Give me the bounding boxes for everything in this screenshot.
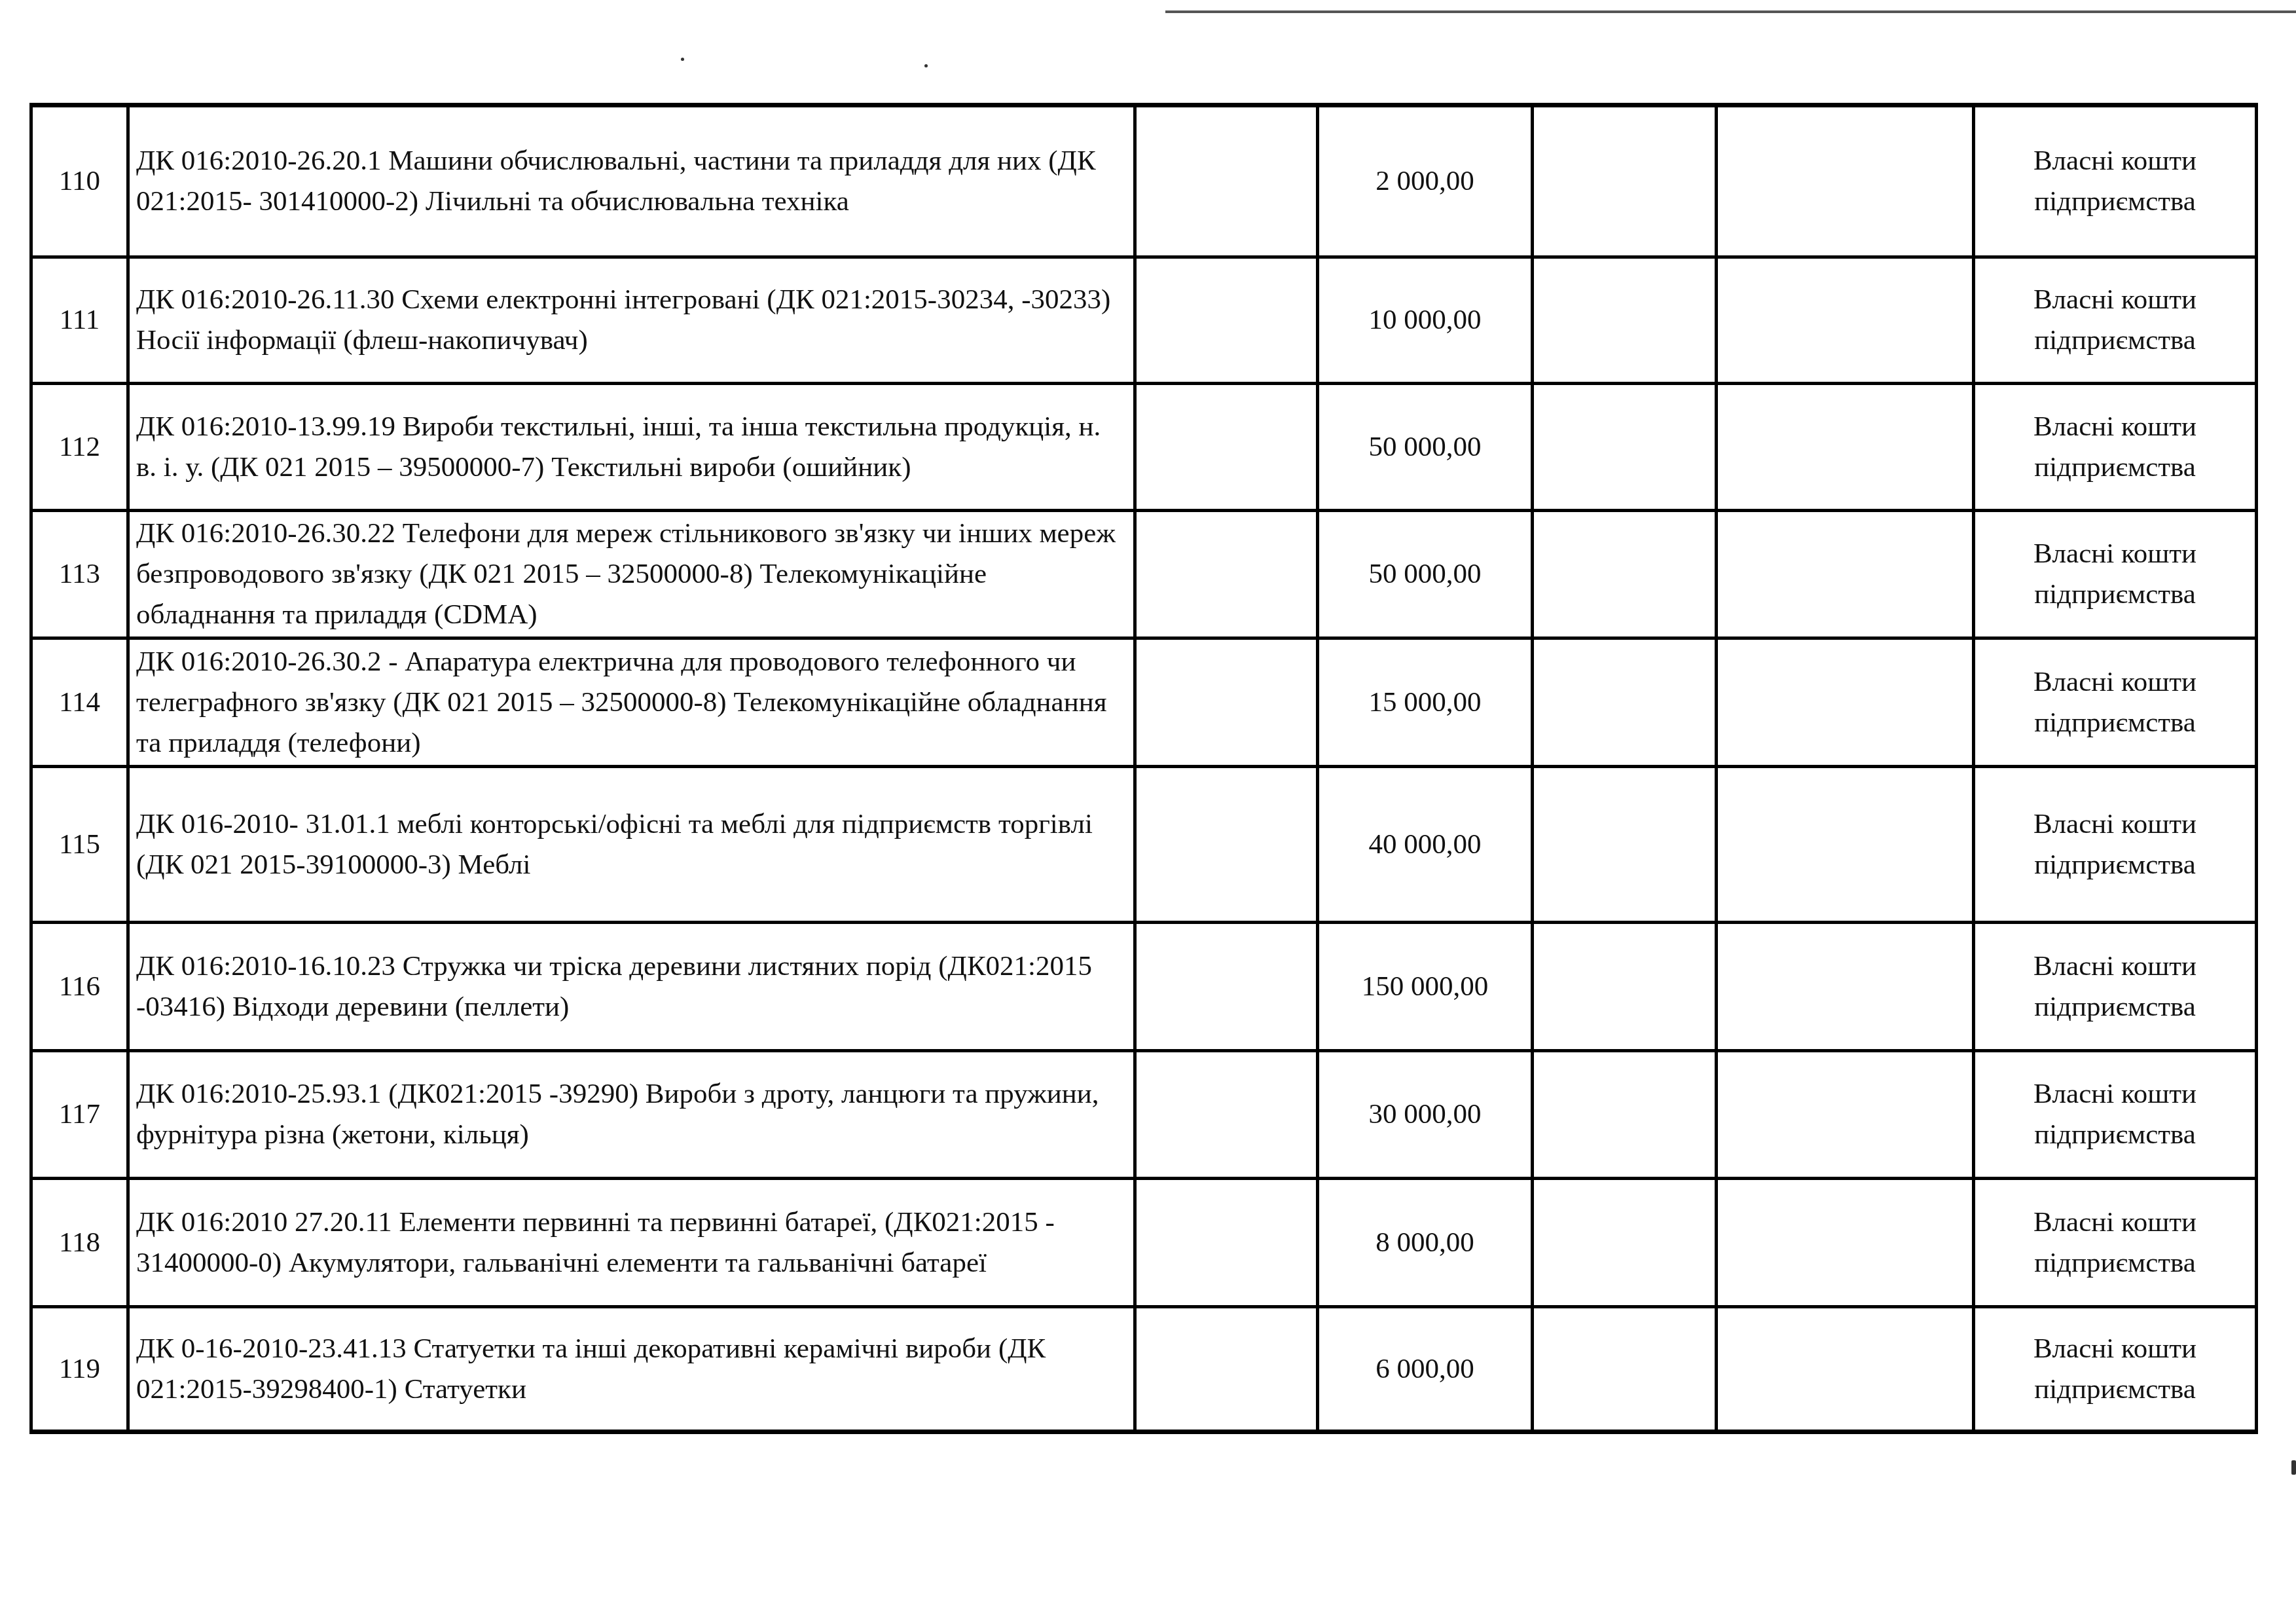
row-number: 115 [31,767,128,923]
funding-source: Власні кошти підприємства [1974,384,2257,511]
amount-cell: 40 000,00 [1318,767,1533,923]
empty-cell [1533,511,1717,638]
empty-cell [1533,105,1717,257]
item-description: ДК 016:2010-26.30.22 Телефони для мереж … [128,511,1135,638]
empty-cell [1717,638,1974,767]
amount-cell: 15 000,00 [1318,638,1533,767]
funding-source: Власні кошти підприємства [1974,105,2257,257]
amount-cell: 2 000,00 [1318,105,1533,257]
empty-cell [1135,638,1318,767]
empty-cell [1717,923,1974,1051]
empty-cell [1135,1179,1318,1307]
amount-cell: 50 000,00 [1318,384,1533,511]
item-description: ДК 016:2010-25.93.1 (ДК021:2015 -39290) … [128,1051,1135,1179]
empty-cell [1135,1307,1318,1432]
empty-cell [1533,767,1717,923]
empty-cell [1533,1179,1717,1307]
item-description: ДК 016-2010- 31.01.1 меблі конторські/оф… [128,767,1135,923]
empty-cell [1717,1179,1974,1307]
empty-cell [1533,1307,1717,1432]
amount-cell: 10 000,00 [1318,257,1533,384]
empty-cell [1533,923,1717,1051]
empty-cell [1135,384,1318,511]
empty-cell [1135,105,1318,257]
funding-source: Власні кошти підприємства [1974,923,2257,1051]
empty-cell [1135,767,1318,923]
table-row: 115 ДК 016-2010- 31.01.1 меблі конторськ… [31,767,2257,923]
amount-cell: 150 000,00 [1318,923,1533,1051]
funding-source: Власні кошти підприємства [1974,1051,2257,1179]
row-number: 110 [31,105,128,257]
funding-source: Власні кошти підприємства [1974,257,2257,384]
row-number: 119 [31,1307,128,1432]
empty-cell [1717,257,1974,384]
item-description: ДК 016:2010-26.20.1 Машини обчислювальні… [128,105,1135,257]
funding-source: Власні кошти підприємства [1974,511,2257,638]
row-number: 118 [31,1179,128,1307]
amount-cell: 50 000,00 [1318,511,1533,638]
empty-cell [1533,384,1717,511]
empty-cell [1135,923,1318,1051]
row-number: 113 [31,511,128,638]
empty-cell [1717,384,1974,511]
table-row: 118 ДК 016:2010 27.20.11 Елементи первин… [31,1179,2257,1307]
funding-source: Власні кошти підприємства [1974,767,2257,923]
item-description: ДК 016:2010 27.20.11 Елементи первинні т… [128,1179,1135,1307]
row-number: 112 [31,384,128,511]
table-row: 110 ДК 016:2010-26.20.1 Машини обчислюва… [31,105,2257,257]
item-description: ДК 016:2010-13.99.19 Вироби текстильні, … [128,384,1135,511]
item-description: ДК 016:2010-16.10.23 Стружка чи тріска д… [128,923,1135,1051]
row-number: 114 [31,638,128,767]
row-number: 111 [31,257,128,384]
empty-cell [1533,638,1717,767]
empty-cell [1135,511,1318,638]
item-description: ДК 016:2010-26.11.30 Схеми електронні ін… [128,257,1135,384]
empty-cell [1717,105,1974,257]
item-description: ДК 0-16-2010-23.41.13 Статуетки та інші … [128,1307,1135,1432]
scan-top-rule [1165,10,2296,13]
empty-cell [1717,511,1974,638]
table-row: 119 ДК 0-16-2010-23.41.13 Статуетки та і… [31,1307,2257,1432]
scan-speck [924,64,928,67]
empty-cell [1135,257,1318,384]
funding-source: Власні кошти підприємства [1974,1179,2257,1307]
row-number: 116 [31,923,128,1051]
empty-cell [1717,767,1974,923]
funding-source: Власні кошти підприємства [1974,638,2257,767]
table-row: 111 ДК 016:2010-26.11.30 Схеми електронн… [31,257,2257,384]
empty-cell [1533,1051,1717,1179]
empty-cell [1717,1307,1974,1432]
table-row: 112 ДК 016:2010-13.99.19 Вироби текстиль… [31,384,2257,511]
scan-speck [2291,1460,2296,1475]
empty-cell [1533,257,1717,384]
item-description: ДК 016:2010-26.30.2 - Апаратура електрич… [128,638,1135,767]
empty-cell [1717,1051,1974,1179]
table-row: 114 ДК 016:2010-26.30.2 - Апаратура елек… [31,638,2257,767]
procurement-table: 110 ДК 016:2010-26.20.1 Машини обчислюва… [29,103,2258,1434]
funding-source: Власні кошти підприємства [1974,1307,2257,1432]
row-number: 117 [31,1051,128,1179]
table-row: 113 ДК 016:2010-26.30.22 Телефони для ме… [31,511,2257,638]
amount-cell: 8 000,00 [1318,1179,1533,1307]
scan-speck [681,58,684,61]
amount-cell: 6 000,00 [1318,1307,1533,1432]
empty-cell [1135,1051,1318,1179]
table-row: 116 ДК 016:2010-16.10.23 Стружка чи тріс… [31,923,2257,1051]
amount-cell: 30 000,00 [1318,1051,1533,1179]
table-row: 117 ДК 016:2010-25.93.1 (ДК021:2015 -392… [31,1051,2257,1179]
